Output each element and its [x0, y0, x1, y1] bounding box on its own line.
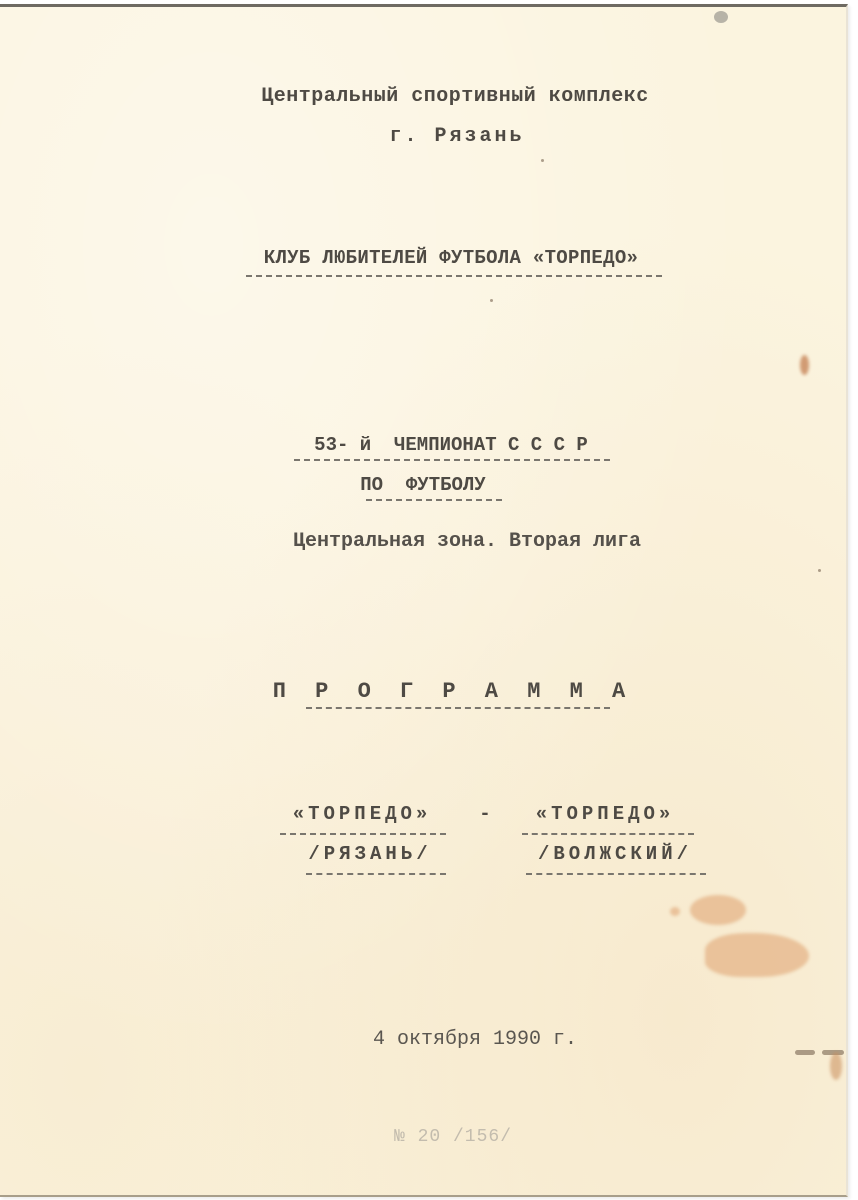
match-separator: -	[470, 803, 500, 825]
championship-title: 53- й ЧЕМПИОНАТ С С С Р	[28, 434, 858, 456]
home-city-underline	[306, 873, 446, 875]
away-team-underline	[522, 833, 694, 835]
city-name: г. Рязань	[34, 125, 858, 148]
home-city: /РЯЗАНЬ/	[280, 843, 460, 865]
paper-stain	[705, 933, 809, 977]
paper-stain	[830, 1052, 842, 1080]
championship-subtitle: ПО ФУТБОЛУ	[0, 474, 846, 496]
paper-speck	[490, 299, 493, 302]
paper-stain	[800, 355, 809, 375]
paper-stain	[670, 907, 680, 916]
club-name-underline	[246, 275, 662, 277]
zone-league: Центральная зона. Вторая лига	[44, 530, 858, 553]
match-date: 4 октября 1990 г.	[52, 1028, 858, 1051]
championship-underline	[294, 459, 610, 461]
paper-speck	[795, 1050, 815, 1055]
home-team-underline	[280, 833, 446, 835]
club-name: КЛУБ ЛЮБИТЕЛЕЙ ФУТБОЛА «ТОРПЕДО»	[28, 247, 858, 269]
program-title-underline	[306, 707, 610, 709]
away-team: «ТОРПЕДО»	[505, 803, 705, 825]
program-page: Центральный спортивный комплекс г. Рязан…	[0, 4, 848, 1197]
paper-speck	[714, 11, 728, 23]
championship-subtitle-underline	[366, 499, 502, 501]
organization-name: Центральный спортивный комплекс	[32, 85, 858, 108]
issue-number: № 20 /156/	[30, 1127, 858, 1147]
paper-stain	[690, 895, 746, 925]
away-city-underline	[526, 873, 706, 875]
paper-speck	[541, 159, 544, 162]
away-city: /ВОЛЖСКИЙ/	[505, 843, 725, 865]
program-title: П Р О Г Р А М М А	[30, 679, 858, 704]
home-team: «ТОРПЕДО»	[262, 803, 462, 825]
paper-speck	[818, 569, 821, 572]
